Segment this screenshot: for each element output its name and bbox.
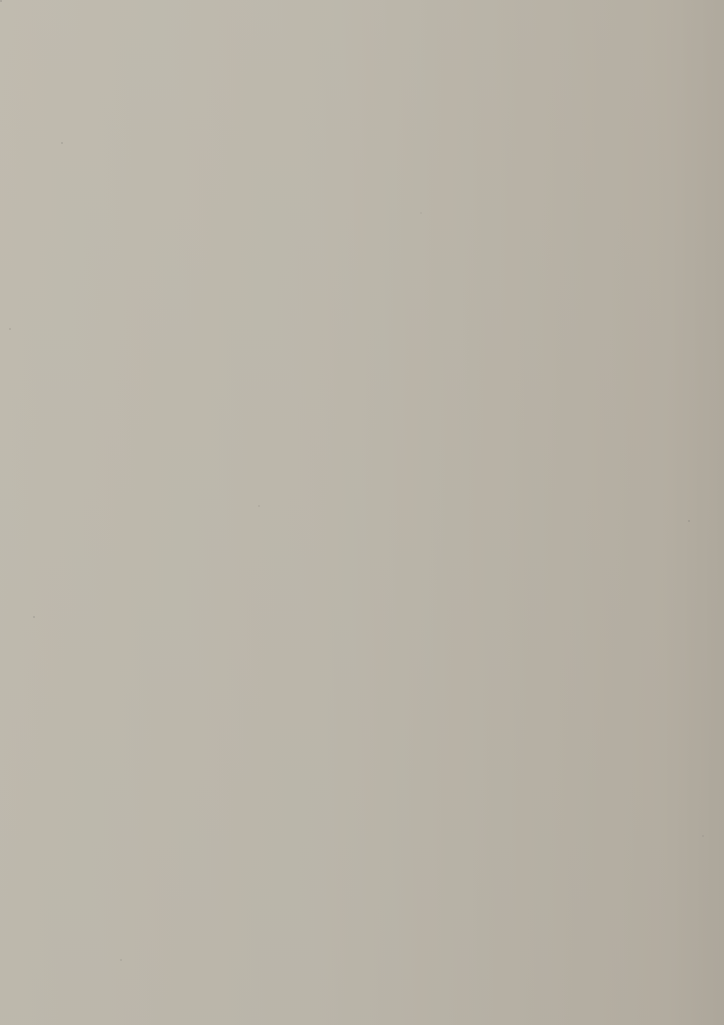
register-text-layer [0, 0, 724, 1025]
scanned-register-page [0, 0, 724, 1025]
